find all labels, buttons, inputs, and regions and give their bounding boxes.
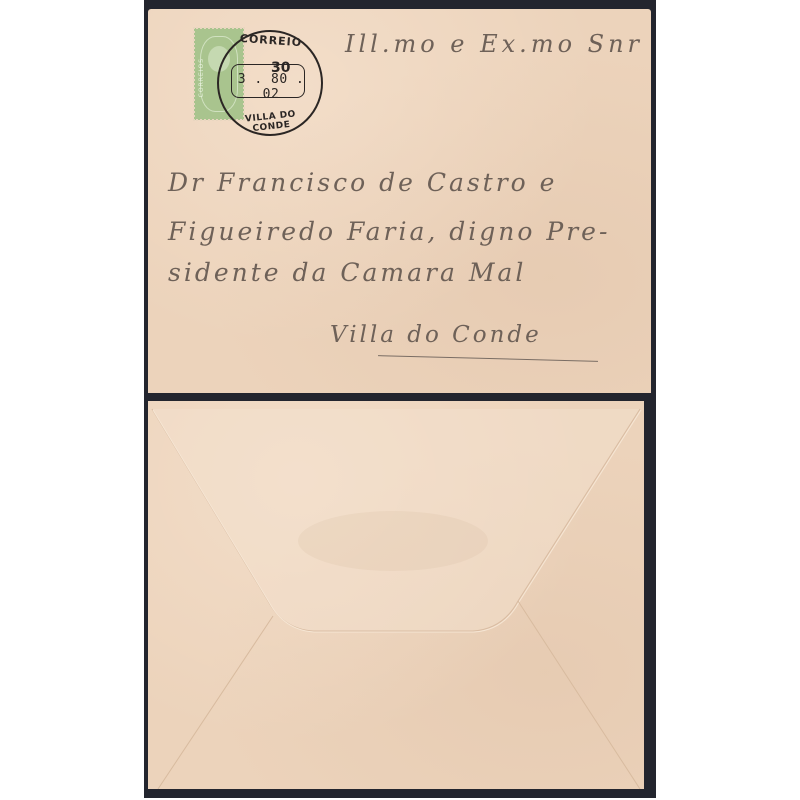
postmark: CORREIO 30 3 . 80 . 02 VILLA DO CONDE <box>217 30 323 136</box>
postmark-date: 3 . 80 . 02 <box>233 72 309 102</box>
address-line-3: sidente da Camara Mal <box>168 258 526 287</box>
address-line-2: Figueiredo Faria, digno Pre- <box>168 217 610 246</box>
address-line-4: Villa do Conde <box>330 322 542 348</box>
address-line-1: Dr Francisco de Castro e <box>168 168 557 197</box>
envelope-flaps <box>148 401 644 789</box>
stamp-side-text: CORREIOS <box>198 58 205 97</box>
salutation-handwriting: Ill.mo e Ex.mo Snr <box>345 30 643 58</box>
